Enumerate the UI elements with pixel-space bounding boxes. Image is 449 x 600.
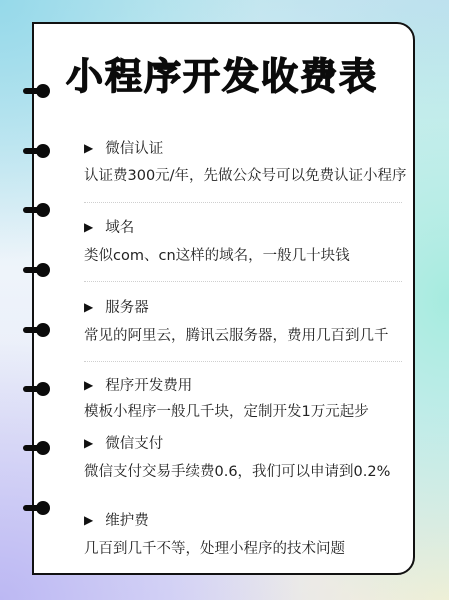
binder-ring-icon [23, 323, 53, 337]
item-heading: ▶服务器 [84, 296, 149, 317]
triangle-bullet-icon: ▶ [84, 436, 93, 450]
binder-ring-icon [23, 501, 53, 515]
item-description: 模板小程序一般几千块，定制开发1万元起步 [84, 400, 369, 421]
binder-ring-icon [23, 203, 53, 217]
binder-ring-icon [23, 144, 53, 158]
triangle-bullet-icon: ▶ [84, 300, 93, 314]
item-heading-label: 程序开发费用 [105, 378, 192, 394]
item-heading-label: 域名 [105, 220, 134, 236]
triangle-bullet-icon: ▶ [84, 141, 93, 155]
item-heading: ▶微信认证 [84, 137, 163, 158]
binder-ring-icon [23, 263, 53, 277]
item-heading: ▶域名 [84, 216, 134, 237]
item-description: 认证费300元/年，先做公众号可以免费认证小程序 [84, 164, 407, 185]
item-heading: ▶微信支付 [84, 432, 163, 453]
item-description: 几百到几千不等，处理小程序的技术问题 [84, 537, 345, 558]
divider [84, 361, 402, 362]
divider [84, 202, 402, 203]
item-heading-label: 维护费 [105, 513, 149, 529]
item-heading: ▶维护费 [84, 509, 149, 530]
triangle-bullet-icon: ▶ [84, 220, 93, 234]
item-description: 类似com、cn这样的域名，一般几十块钱 [84, 244, 350, 265]
item-heading: ▶程序开发费用 [84, 374, 192, 395]
binder-ring-icon [23, 441, 53, 455]
page-title: 小程序开发收费表 [66, 46, 378, 100]
triangle-bullet-icon: ▶ [84, 378, 93, 392]
binder-ring-icon [23, 382, 53, 396]
item-heading-label: 微信认证 [105, 141, 163, 157]
item-heading-label: 服务器 [105, 300, 149, 316]
triangle-bullet-icon: ▶ [84, 513, 93, 527]
item-description: 微信支付交易手续费0.6，我们可以申请到0.2% [84, 460, 390, 481]
divider [84, 281, 402, 282]
binder-ring-icon [23, 84, 53, 98]
item-description: 常见的阿里云，腾讯云服务器，费用几百到几千 [84, 324, 389, 345]
item-heading-label: 微信支付 [105, 436, 163, 452]
